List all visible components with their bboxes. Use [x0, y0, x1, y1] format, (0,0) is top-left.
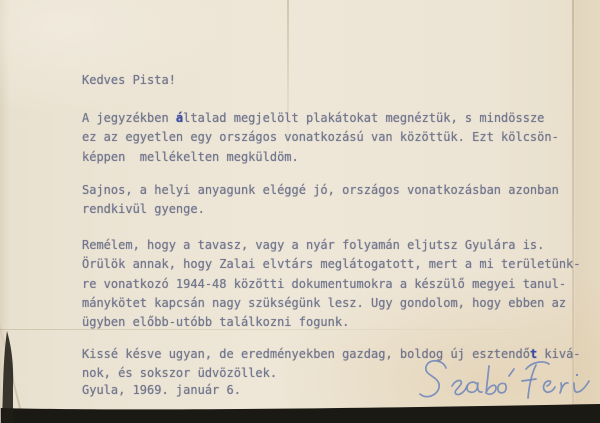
paragraph: Remélem, hogy a tavasz, vagy a nyár foly…	[82, 236, 581, 332]
typed-line: Sajnos, a helyi anyagunk eléggé jó, orsz…	[82, 181, 559, 200]
signature-drawing	[416, 355, 591, 415]
scanned-letter: Kedves Pista! A jegyzékben általad megje…	[0, 0, 600, 423]
typed-line: rendkivül gyenge.	[82, 200, 559, 219]
typed-line: Remélem, hogy a tavasz, vagy a nyár foly…	[82, 236, 581, 255]
paragraph: Sajnos, a helyi anyagunk eléggé jó, orsz…	[82, 181, 559, 220]
typed-line: ügyben előbb-utóbb találkozni fogunk.	[82, 313, 581, 332]
typed-line: képpen mellékelten megküldöm.	[82, 148, 559, 167]
paragraph: A jegyzékben általad megjelölt plakátoka…	[82, 109, 559, 167]
place-date-line: Gyula, 1969. január 6.	[82, 381, 241, 400]
salutation: Kedves Pista!	[82, 71, 176, 90]
typed-line: re vonatkozó 1944-48 közötti dokumentumo…	[82, 275, 581, 294]
typed-line: ez az egyetlen egy országos vonatkozású …	[82, 128, 559, 147]
typed-line: A jegyzékben általad megjelölt plakátoka…	[82, 109, 559, 128]
typed-line: mánykötet kapcsán nagy szükségünk lesz. …	[82, 294, 581, 313]
typed-line: Örülök annak, hogy Zalai elvtárs megláto…	[82, 255, 581, 274]
handwritten-signature: Szabó Feri	[416, 355, 591, 415]
